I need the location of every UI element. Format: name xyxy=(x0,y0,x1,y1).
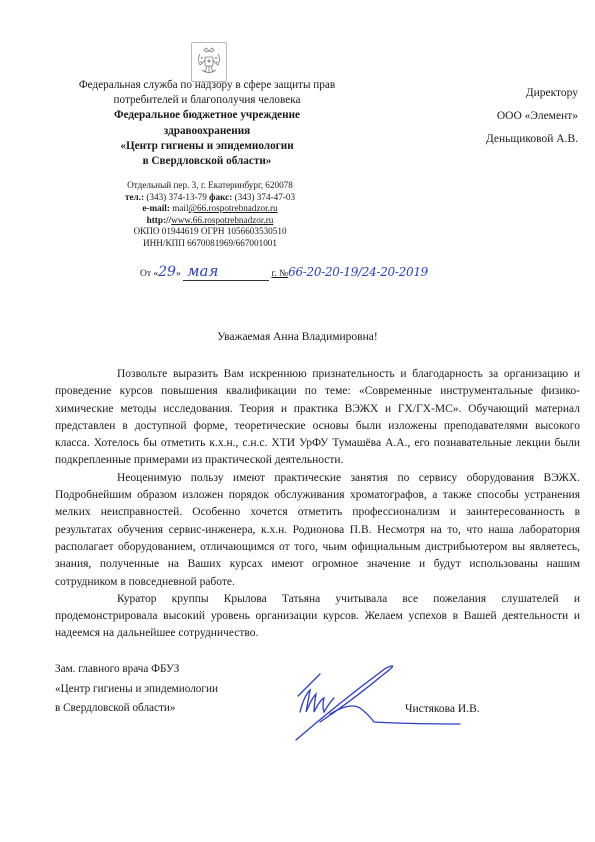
position-line: Зам. главного врача ФБУЗ xyxy=(55,660,295,680)
website-line: http://www.66.rospotrebnadzor.ru xyxy=(74,215,346,227)
org-line: Федеральная служба по надзору в сфере за… xyxy=(58,78,356,93)
contact-details: Отдельный пер. 3, г. Екатеринбург, 62007… xyxy=(74,180,346,250)
organization-header: Федеральная служба по надзору в сфере за… xyxy=(58,78,356,169)
addressee-line: Директору xyxy=(400,82,578,105)
close-quote: » xyxy=(176,269,181,279)
body-paragraph: Куратор круппы Крылова Татьяна учитывала… xyxy=(55,591,580,643)
fax-number: (343) 374-47-03 xyxy=(235,192,295,202)
website-link[interactable]: www.66.rospotrebnadzor.ru xyxy=(171,215,273,225)
handwritten-document-number: 66-20-20-19/24-20-2019 xyxy=(288,265,428,279)
handwritten-month: мая xyxy=(183,262,269,281)
position-line: «Центр гигиены и эпидемиологии xyxy=(55,680,295,700)
phone-fax-line: тел.: (343) 374-13-79 факс: (343) 374-47… xyxy=(74,192,346,204)
http-label: http:// xyxy=(147,215,172,225)
signer-name: Чистякова И.В. xyxy=(405,703,480,715)
email-link[interactable]: mail@66.rospotrebnadzor.ru xyxy=(172,203,277,213)
from-label: От « xyxy=(140,269,158,279)
org-line: «Центр гигиены и эпидемиологии xyxy=(58,139,356,154)
position-line: в Свердловской области» xyxy=(55,699,295,719)
addressee-line: Деньщиковой А.В. xyxy=(400,128,578,151)
org-line: потребителей и благополучия человека xyxy=(58,93,356,108)
phone-label: тел.: xyxy=(125,192,144,202)
reference-line: От «29» мая г. №66-20-20-19/24-20-2019 xyxy=(140,262,428,281)
okpo-ogrn: ОКПО 01944619 ОГРН 1056603530510 xyxy=(74,226,346,238)
address: Отдельный пер. 3, г. Екатеринбург, 62007… xyxy=(74,180,346,192)
signer-position: Зам. главного врача ФБУЗ «Центр гигиены … xyxy=(55,660,295,719)
addressee-line: ООО «Элемент» xyxy=(400,105,578,128)
letter-body: Позвольте выразить Вам искреннюю признат… xyxy=(55,366,580,643)
salutation: Уважаемая Анна Владимировна! xyxy=(0,331,595,343)
org-line: в Свердловской области» xyxy=(58,154,356,169)
handwritten-day: 29 xyxy=(158,264,176,280)
addressee-block: Директору ООО «Элемент» Деньщиковой А.В. xyxy=(400,82,578,151)
year-number-label: г. № xyxy=(271,269,288,279)
fax-label: факс: xyxy=(209,192,232,202)
coat-of-arms-emblem-icon xyxy=(191,42,227,82)
org-line: здравоохранения xyxy=(58,124,356,139)
inn-kpp: ИНН/КПП 6670081969/667001001 xyxy=(74,238,346,250)
body-paragraph: Позвольте выразить Вам искреннюю признат… xyxy=(55,366,580,470)
phone-number: (343) 374-13-79 xyxy=(146,192,206,202)
email-label: e-mail: xyxy=(142,203,170,213)
org-line: Федеральное бюджетное учреждение xyxy=(58,108,356,123)
email-line: e-mail: mail@66.rospotrebnadzor.ru xyxy=(74,203,346,215)
eagle-icon xyxy=(192,43,226,81)
body-paragraph: Неоценимую пользу имеют практические зан… xyxy=(55,470,580,591)
